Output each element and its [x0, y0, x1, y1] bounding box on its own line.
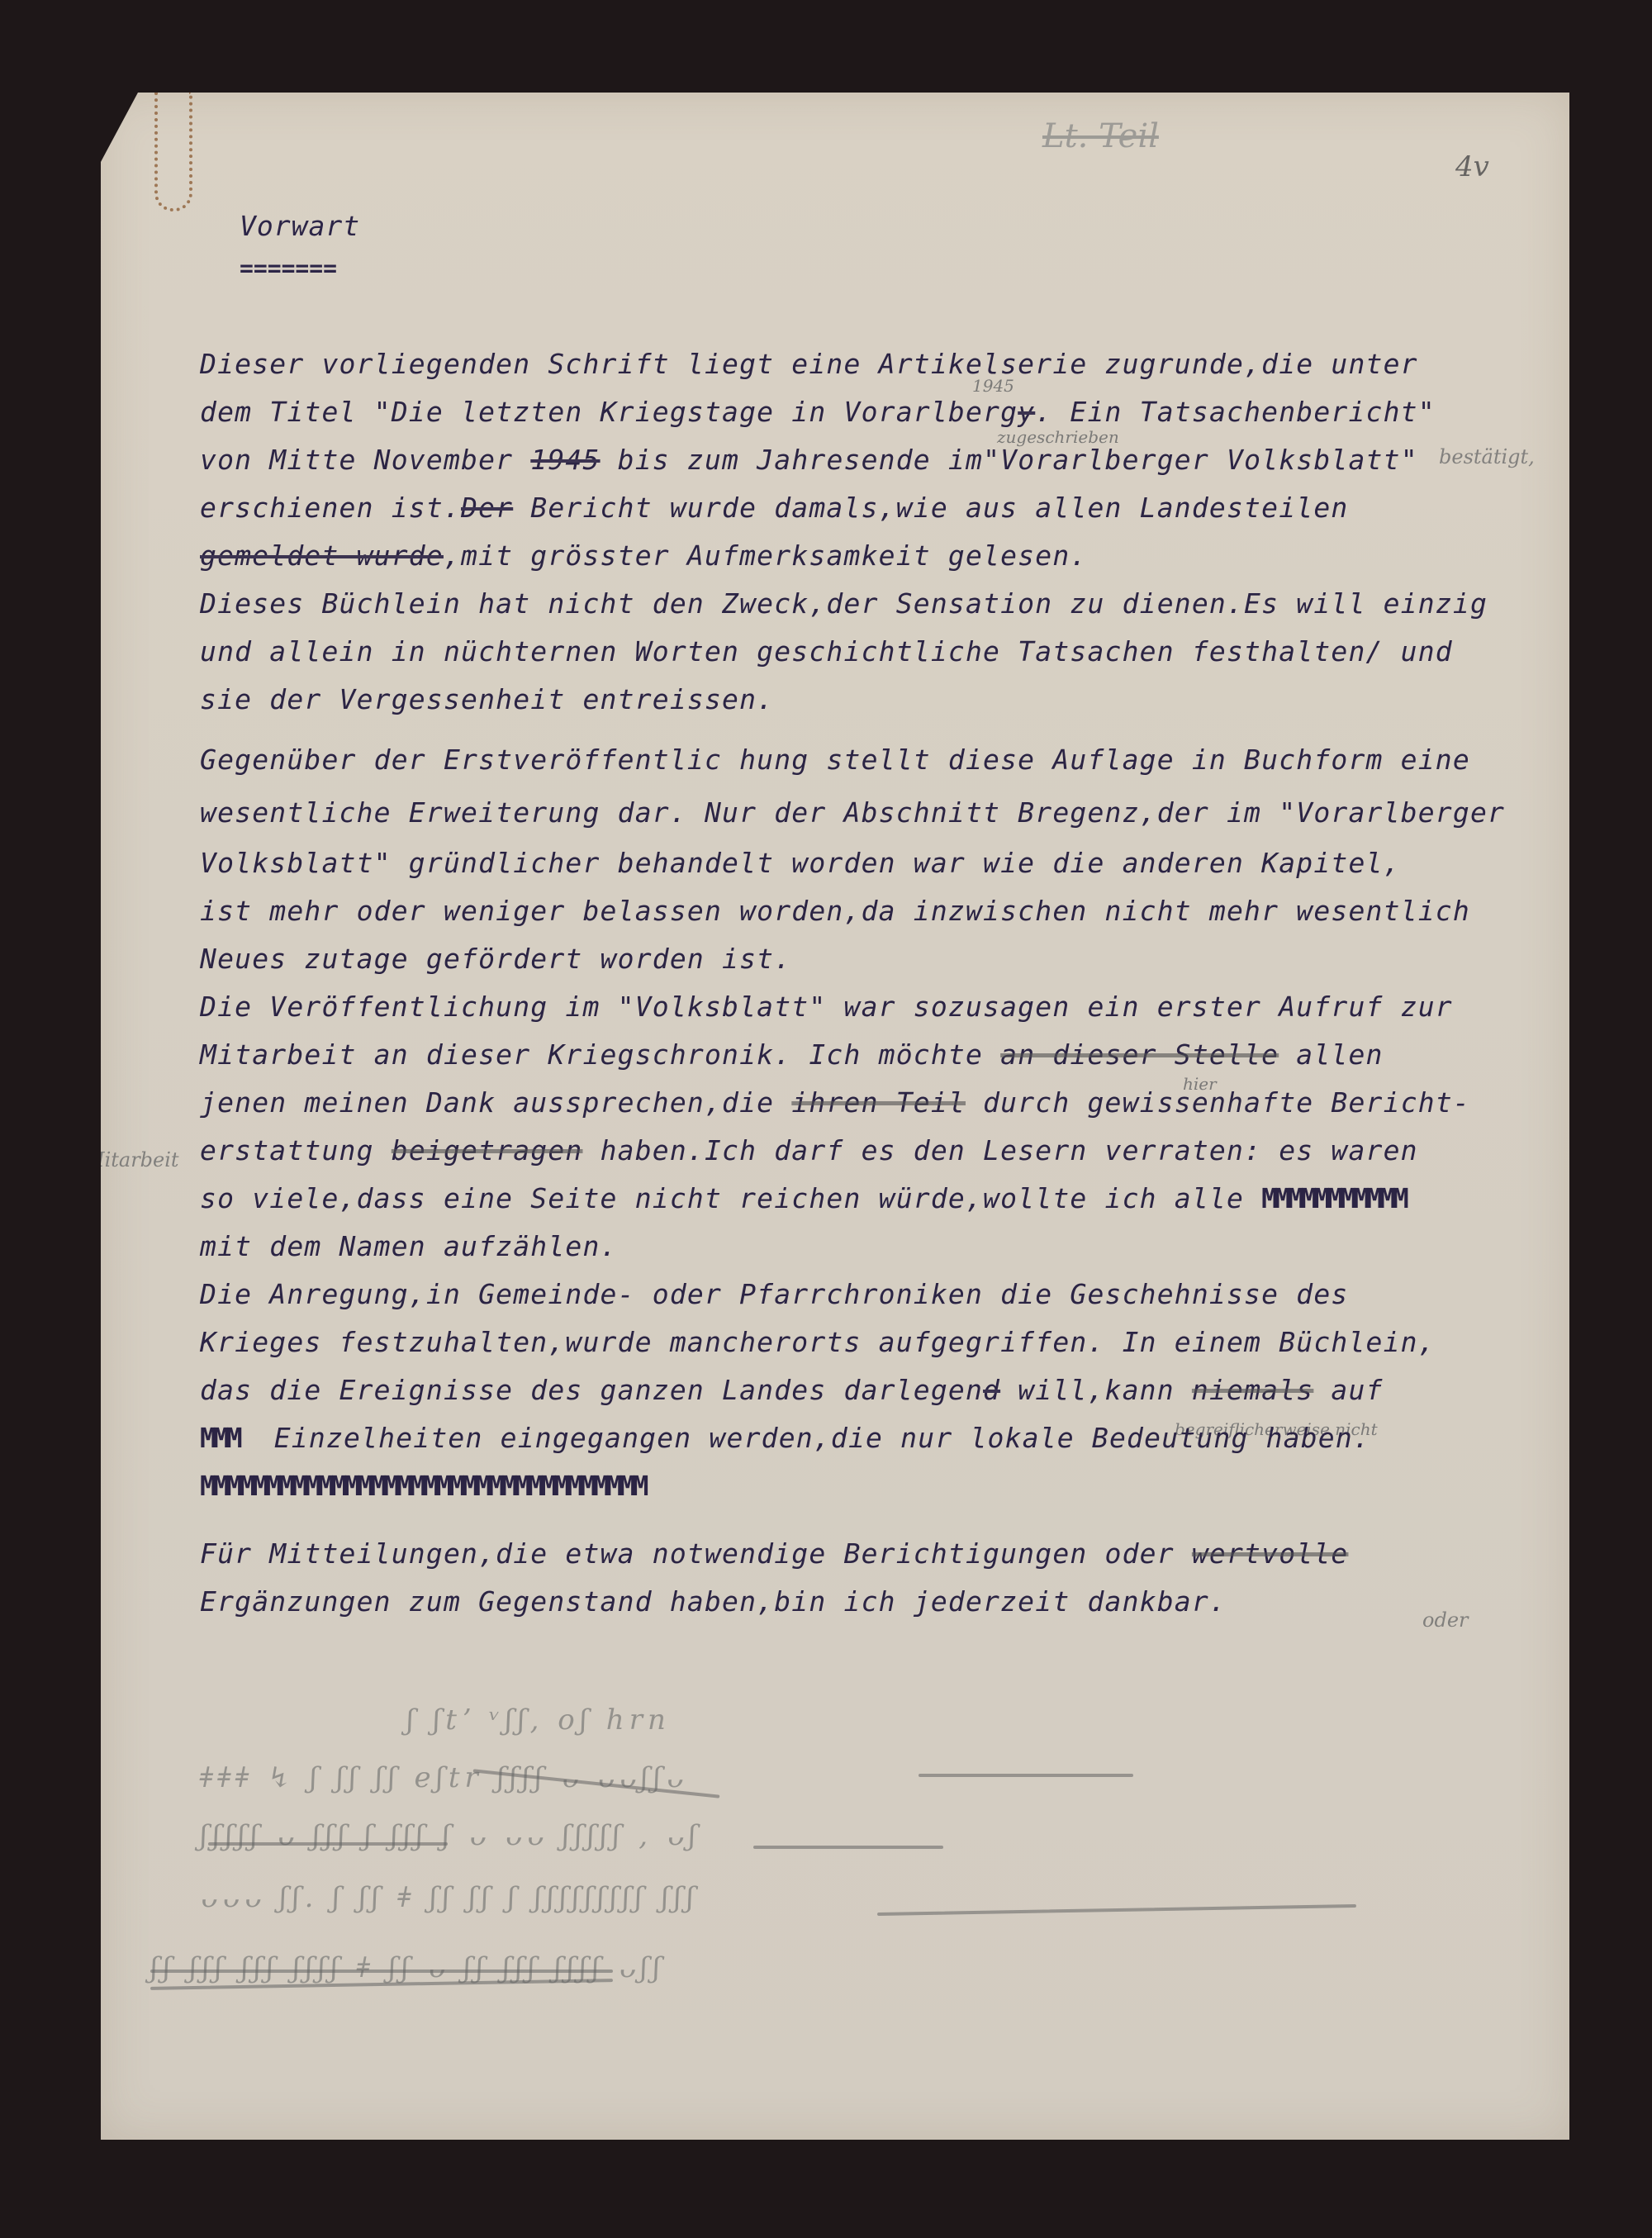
text-line: das die Ereignisse des ganzen Landes dar… [200, 1366, 1555, 1414]
text-line: wesentliche Erweiterung dar. Nur der Abs… [200, 786, 1555, 839]
text-line: Dieses Büchlein hat nicht den Zweck,der … [200, 580, 1555, 628]
text-line: dem Titel "Die letzten Kriegstage in Vor… [200, 388, 1555, 436]
typed-over-line: MMMMMMMMMMMMMMMMMMMMMMMMMMMMMMMMMM [200, 1470, 646, 1502]
struck-text: d [983, 1374, 1000, 1406]
margin-note-mitarbeit: Mitarbeit [84, 1148, 179, 1171]
text-line: Ergänzungen zum Gegenstand haben,bin ich… [200, 1578, 1555, 1626]
struck-text: ihren Teil [791, 1086, 966, 1119]
paragraph-2: Dieses Büchlein hat nicht den Zweck,der … [200, 580, 1555, 724]
title-underline: ======= [240, 254, 337, 282]
shorthand-line: ǂǂǂ ↯ ʃ ʃʃ ʃʃ eʃtr ʃʃʃʃ ᴗ ᴗᴗʃʃᴗ [200, 1761, 687, 1794]
paragraph-5: Die Anregung,in Gemeinde- oder Pfarrchro… [200, 1271, 1555, 1510]
text-line: erschienen ist.Der Bericht wurde damals,… [200, 484, 1555, 532]
text-line: jenen meinen Dank aussprechen,die ihren … [200, 1079, 1555, 1127]
paragraph-3: Gegenüber der Erstveröffentlic hung stel… [200, 734, 1555, 983]
text-line: Mitarbeit an dieser Kriegschronik. Ich m… [200, 1031, 1555, 1079]
paperclip-rust-mark [154, 93, 192, 211]
text-line: Volksblatt" gründlicher behandelt worden… [200, 839, 1555, 887]
text-line: mit dem Namen aufzählen. [200, 1223, 1555, 1271]
text-line: Neues zutage gefördert worden ist. [200, 935, 1555, 983]
page-number: 4v [1455, 150, 1489, 183]
text-line: Die Veröffentlichung im "Volksblatt" war… [200, 983, 1555, 1031]
struck-text: niemals [1192, 1374, 1313, 1406]
struck-text: gemeldet wurde [200, 539, 444, 572]
pencil-heading-struck: Lt. Teil [1042, 117, 1159, 155]
text-line: Für Mitteilungen,die etwa notwendige Ber… [200, 1530, 1555, 1578]
document-body: Dieser vorliegenden Schrift liegt eine A… [200, 340, 1555, 1626]
paragraph-6: Für Mitteilungen,die etwa notwendige Ber… [200, 1530, 1555, 1626]
document-title: Vorwart [240, 210, 360, 242]
struck-text: wertvolle [1192, 1537, 1349, 1570]
text-line: sie der Vergessenheit entreissen. [200, 676, 1555, 724]
typed-over-text: MMMMMMMMMMM [1261, 1182, 1406, 1214]
pencil-strike [753, 1846, 943, 1849]
text-line: MMM Einzelheiten eingegangen werden,die … [200, 1414, 1555, 1462]
struck-text: beigetragen [392, 1134, 583, 1167]
text-line: MMMMMMMMMMMMMMMMMMMMMMMMMMMMMMMMMM [200, 1462, 1555, 1510]
shorthand-line: ʃʃʃʃʃ ᴗ ʃʃʃ ʃ ʃʃʃ ʃ ᴗ ᴗᴗ ʃʃʃʃʃ , ᴗʃ [200, 1819, 701, 1852]
pencil-strike [877, 1904, 1356, 1916]
pencil-strike [208, 1842, 448, 1846]
text-line: Dieser vorliegenden Schrift liegt eine A… [200, 340, 1555, 388]
shorthand-line: ʃ ʃtʼ ᵛʃʃ, oʃ hrn [406, 1703, 671, 1737]
struck-text: Der [461, 492, 513, 524]
document-page: Lt. Teil 4v Vorwart ======= 1945 zugesch… [101, 93, 1569, 2140]
paragraph-4: Die Veröffentlichung im "Volksblatt" war… [200, 983, 1555, 1271]
struck-text: y [1018, 396, 1035, 428]
text-line: gemeldet wurde,mit grösster Aufmerksamke… [200, 532, 1555, 580]
pencil-strike [150, 1970, 613, 1973]
shorthand-line: ᴗᴗᴗ ʃʃ. ʃ ʃʃ ǂ ʃʃ ʃʃ ʃ ʃʃʃʃʃʃʃʃʃ ʃʃʃ [200, 1881, 699, 1914]
struck-text: 1945 [530, 444, 600, 476]
text-line: erstattung beigetragen haben.Ich darf es… [200, 1127, 1555, 1175]
text-line: Die Anregung,in Gemeinde- oder Pfarrchro… [200, 1271, 1555, 1319]
struck-text: an dieser Stelle [1000, 1038, 1279, 1071]
typed-over-text: MMM [200, 1422, 240, 1454]
pencil-shorthand-notes: ʃ ʃtʼ ᵛʃʃ, oʃ hrn ǂǂǂ ↯ ʃ ʃʃ ʃʃ eʃtr ʃʃʃ… [126, 1703, 1546, 2017]
text-line: so viele,dass eine Seite nicht reichen w… [200, 1175, 1555, 1223]
text-line: Gegenüber der Erstveröffentlic hung stel… [200, 734, 1555, 786]
pencil-strike [919, 1774, 1133, 1777]
text-line: Krieges festzuhalten,wurde mancherorts a… [200, 1319, 1555, 1366]
text-line: und allein in nüchternen Worten geschich… [200, 628, 1555, 676]
text-line: von Mitte November 1945 bis zum Jahresen… [200, 436, 1555, 484]
text-line: ist mehr oder weniger belassen worden,da… [200, 887, 1555, 935]
paragraph-1: Dieser vorliegenden Schrift liegt eine A… [200, 340, 1555, 580]
